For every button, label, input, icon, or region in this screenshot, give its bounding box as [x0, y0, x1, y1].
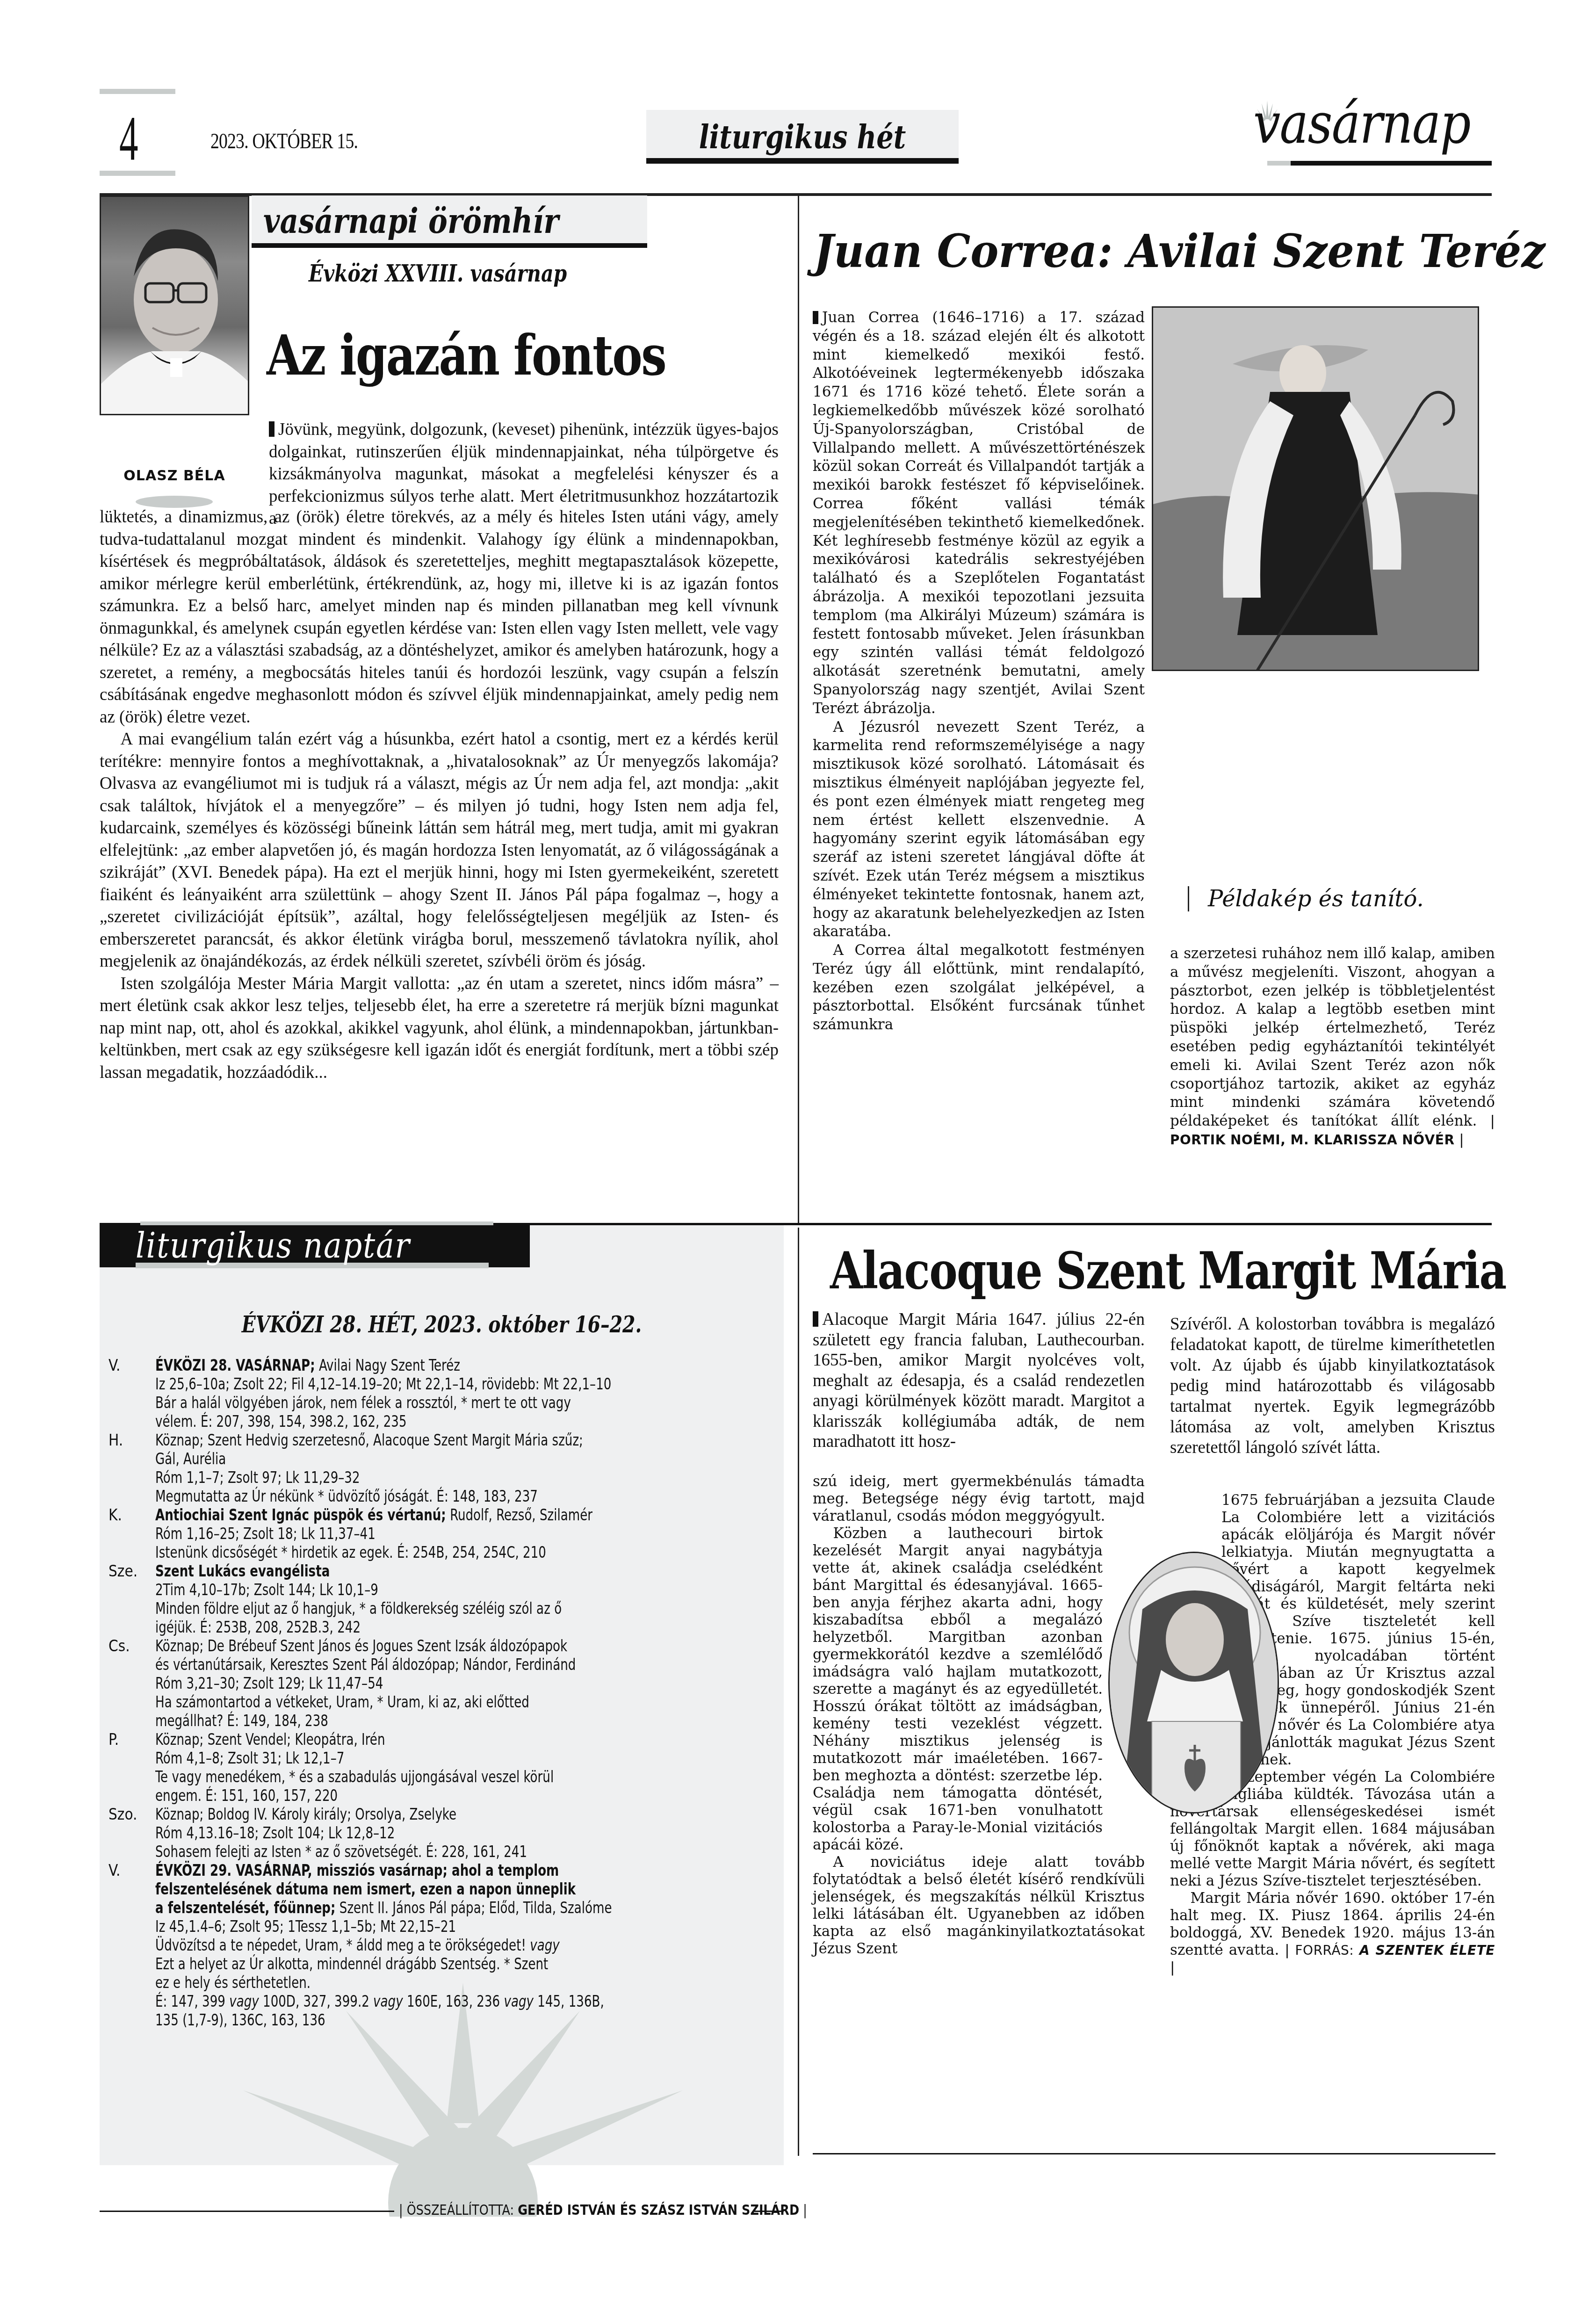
- hymn-numbers: 100D, 327, 399.2: [259, 1992, 373, 2010]
- hymn-numbers: 145, 136B,: [534, 1992, 604, 2010]
- reading-line: vélem. É: 207, 398, 154, 398.2, 162, 235: [155, 1412, 702, 1431]
- logo-underline: [1291, 161, 1492, 166]
- column-kicker-box: vasárnapi örömhír: [252, 195, 647, 248]
- or-label: vagy: [229, 1992, 259, 2010]
- article-headline: Az igazán fontos: [267, 323, 665, 388]
- day-abbrev: V.: [108, 1861, 155, 2030]
- or-label: vagy: [504, 1992, 534, 2010]
- feast-name: felszentelésének dátuma nem ismert, ezen…: [155, 1880, 576, 1898]
- feast-detail: Avilai Nagy Szent Teréz: [315, 1356, 460, 1374]
- body-paragraph: Közben a lauthecouri birtok kezelését Ma…: [813, 1525, 1103, 1854]
- reading-line: Minden földre eljut az ő hangjuk, * a fö…: [155, 1599, 702, 1618]
- reading-line: Ha számontartod a vétkeket, Uram, * Uram…: [155, 1693, 702, 1712]
- page-number-bar-bottom: [100, 171, 175, 176]
- saint-margaret-mary-portrait: [1108, 1552, 1279, 1814]
- reading-line: engem. É: 151, 160, 157, 220: [155, 1786, 702, 1805]
- article-title: Alacoque Szent Margit Mária: [830, 1242, 1506, 1301]
- body-paragraph: A Jézusról nevezett Szent Teréz, a karme…: [813, 718, 1145, 942]
- column-divider-bottom: [798, 1228, 799, 2156]
- painting-saint-teresa-image: [1152, 306, 1479, 671]
- calendar-day: Szo. Köznap; Boldog IV. Károly király; O…: [108, 1805, 777, 1861]
- reading-line: 2Tim 4,10–17b; Zsolt 144; Lk 10,1–9: [155, 1581, 702, 1599]
- psalm-line: ez e hely és sérthetetlen.: [155, 1973, 702, 1992]
- calendar-day: V. ÉVKÖZI 28. VASÁRNAP; Avilai Nagy Szen…: [108, 1356, 777, 1431]
- hymn-numbers: 135 (1,7-9), 136C, 163, 136: [155, 2011, 702, 2030]
- article-column-2-top: Szívéről. A kolostorban továbbra is mega…: [1170, 1314, 1495, 1458]
- reading-line: Sohasem felejti az Isten * az ő szövetsé…: [155, 1843, 702, 1861]
- calendar-week-range: ÉVKÖZI 28. HÉT, 2023. október 16–22.: [161, 1312, 722, 1338]
- section-label-box: liturgikus hét: [646, 110, 959, 164]
- body-paragraph: Isten szolgálója Mester Mária Margit val…: [100, 973, 779, 1084]
- page-number-bar-top: [100, 89, 175, 94]
- paragraph-marker-icon: [813, 311, 818, 324]
- body-paragraph: Alacoque Margit Mária 1647. július 22-én…: [813, 1310, 1145, 1451]
- source-title: A SZENTEK ÉLETE: [1359, 1943, 1495, 1958]
- article-column-1: Juan Correa (1646–1716) a 17. század vég…: [813, 309, 1145, 1034]
- day-abbrev: Cs.: [108, 1637, 155, 1730]
- article-byline: PORTIK NOÉMI, M. KLARISSZA NŐVÉR: [1170, 1132, 1454, 1148]
- feast-detail: Köznap; Boldog IV. Károly király; Orsoly…: [155, 1805, 456, 1823]
- reading-line: Róm 1,1–7; Zsolt 97; Lk 11,29–32: [155, 1468, 702, 1487]
- publication-logo: vasárnap: [1253, 96, 1470, 152]
- page-number: 4: [119, 108, 138, 171]
- column-kicker: vasárnapi örömhír: [263, 201, 559, 241]
- calendar-title: liturgikus naptár: [136, 1225, 410, 1266]
- paragraph-marker-icon: [813, 1311, 818, 1327]
- calendar-day: V. ÉVKÖZI 29. VASÁRNAP, missziós vasárna…: [108, 1861, 777, 2030]
- credits-label: ÖSSZEÁLLÍTOTTA:: [407, 2202, 518, 2219]
- reading-line: megállhat? É: 149, 184, 238: [155, 1712, 702, 1730]
- body-paragraph: A Correa által megalkotott festményen Te…: [813, 941, 1145, 1034]
- feast-detail: Köznap; Szent Hedvig szerzetesnő, Alacoq…: [155, 1431, 583, 1449]
- body-paragraph: A mai evangélium talán ezért vág a húsun…: [100, 728, 779, 973]
- reading-line: Gál, Aurélia: [155, 1450, 702, 1468]
- calendar-day: Cs. Köznap; De Brébeuf Szent János és Jo…: [108, 1637, 777, 1730]
- reading-line: Te vagy menedékem, * és a szabadulás ujj…: [155, 1768, 702, 1786]
- source-label: FORRÁS:: [1295, 1943, 1354, 1958]
- author-photo: [100, 195, 249, 415]
- issue-date: 2023. OKTÓBER 15.: [210, 129, 358, 153]
- psalm-line: Üdvözítsd a te népedet, Uram, * áldd meg…: [155, 1936, 526, 1954]
- calendar-day: P. Köznap; Szent Vendel; Kleopátra, Irén…: [108, 1730, 777, 1805]
- feast-detail: Köznap; De Brébeuf Szent János és Jogues…: [155, 1637, 567, 1655]
- painting-caption: Példakép és tanító.: [1188, 886, 1424, 911]
- calendar-day: H. Köznap; Szent Hedvig szerzetesnő, Ala…: [108, 1431, 777, 1506]
- or-label: vagy: [530, 1936, 560, 1954]
- calendar-credits: | ÖSSZEÁLLÍTOTTA: GERÉD ISTVÁN ÉS SZÁSZ …: [100, 2201, 784, 2220]
- body-paragraph: A noviciátus ideje alatt tovább folytató…: [813, 1854, 1145, 1958]
- hymn-numbers: É: 147, 399: [155, 1992, 229, 2010]
- feast-detail: Köznap; Szent Vendel; Kleopátra, Irén: [155, 1730, 385, 1749]
- feast-name: Szent Lukács evangélista: [155, 1562, 330, 1580]
- article-end-rule: [813, 2153, 1495, 2154]
- feast-detail: Szent II. János Pál pápa; Előd, Tilda, S…: [336, 1899, 612, 1917]
- reading-line: Megmutatta az Úr nékünk * üdvözítő jóság…: [155, 1487, 702, 1506]
- reading-line: Róm 1,16–25; Zsolt 18; Lk 11,37–41: [155, 1525, 702, 1543]
- reading-line: Iz 45,1.4–6; Zsolt 95; 1Tessz 1,1–5b; Mt…: [155, 1917, 702, 1936]
- or-label: vagy: [373, 1992, 403, 2010]
- article-body: lüktetés, a dinamizmus, az (örök) életre…: [100, 506, 779, 1084]
- day-abbrev: K.: [108, 1506, 155, 1562]
- reading-line: és vértanútársaik, Keresztes Szent Pál á…: [155, 1655, 702, 1674]
- oval-portrait-icon: [1110, 1553, 1279, 1814]
- reading-line: Iz 25,6–10a; Zsolt 22; Fil 4,12–14.19–20…: [155, 1375, 702, 1394]
- reading-line: igéjük. É: 253B, 208, 252B.3, 242: [155, 1618, 702, 1637]
- feast-name: a felszentelését, főünnep;: [155, 1899, 336, 1917]
- body-paragraph: a szerzetesi ruhához nem illő kalap, ami…: [1170, 945, 1495, 1129]
- day-abbrev: Szo.: [108, 1805, 155, 1861]
- credits-rule-right: [754, 2211, 784, 2212]
- calendar-day: K. Antiochiai Szent Ignác püspök és vért…: [108, 1506, 777, 1562]
- author-name: OLASZ BÉLA: [100, 468, 249, 484]
- body-paragraph: Szívéről. A kolostorban továbbra is mega…: [1170, 1314, 1495, 1458]
- section-label: liturgikus hét: [674, 110, 931, 164]
- day-abbrev: Sze.: [108, 1562, 155, 1637]
- reading-line: Róm 3,21–30; Zsolt 129; Lk 11,47–54: [155, 1674, 702, 1693]
- calendar-day: Sze. Szent Lukács evangélista 2Tim 4,10–…: [108, 1562, 777, 1637]
- hymn-numbers: 160E, 163, 236: [403, 1992, 504, 2010]
- reading-line: Róm 4,1–8; Zsolt 31; Lk 12,1–7: [155, 1749, 702, 1768]
- column-divider-top: [798, 195, 799, 1224]
- day-abbrev: P.: [108, 1730, 155, 1805]
- article-title: Juan Correa: Avilai Szent Teréz: [814, 224, 1545, 278]
- credits-rule-left: [100, 2211, 394, 2212]
- painting-icon: [1153, 308, 1479, 671]
- feast-name: Antiochiai Szent Ignác püspök és vértanú…: [155, 1506, 446, 1524]
- article-column-2: a szerzetesi ruhához nem illő kalap, ami…: [1170, 945, 1495, 1149]
- article-column-1-top: Alacoque Margit Mária 1647. július 22-én…: [813, 1309, 1145, 1452]
- portrait-icon: [101, 197, 249, 415]
- paragraph-marker-icon: [269, 421, 274, 437]
- article-column-1-bottom: szú ideig, mert gyermekbénulás támadta m…: [813, 1473, 1145, 1958]
- day-abbrev: V.: [108, 1356, 155, 1431]
- body-paragraph: Juan Correa (1646–1716) a 17. század vég…: [813, 309, 1145, 717]
- liturgical-sunday-label: Évközi XXVIII. vasárnap: [309, 260, 567, 287]
- logo-underline-accent: [1267, 161, 1291, 166]
- body-paragraph: lüktetés, a dinamizmus, az (örök) életre…: [100, 506, 779, 728]
- reading-line: Istenünk dicsőségét * hirdetik az egek. …: [155, 1543, 702, 1562]
- psalm-line: Ezt a helyet az Úr alkotta, mindennél dr…: [155, 1955, 702, 1973]
- reading-line: Róm 4,13.16–18; Zsolt 104; Lk 12,8–12: [155, 1824, 702, 1843]
- calendar-day-list: V. ÉVKÖZI 28. VASÁRNAP; Avilai Nagy Szen…: [108, 1356, 777, 2030]
- feast-name: ÉVKÖZI 29. VASÁRNAP, missziós vasárnap; …: [155, 1861, 559, 1879]
- feast-detail: Rudolf, Rezső, Szilamér: [446, 1506, 592, 1524]
- body-paragraph: szú ideig, mert gyermekbénulás támadta m…: [813, 1473, 1145, 1525]
- feast-name: ÉVKÖZI 28. VASÁRNAP;: [155, 1356, 315, 1374]
- day-abbrev: H.: [108, 1431, 155, 1506]
- reading-line: Bár a halál völgyében járok, nem félek a…: [155, 1394, 702, 1412]
